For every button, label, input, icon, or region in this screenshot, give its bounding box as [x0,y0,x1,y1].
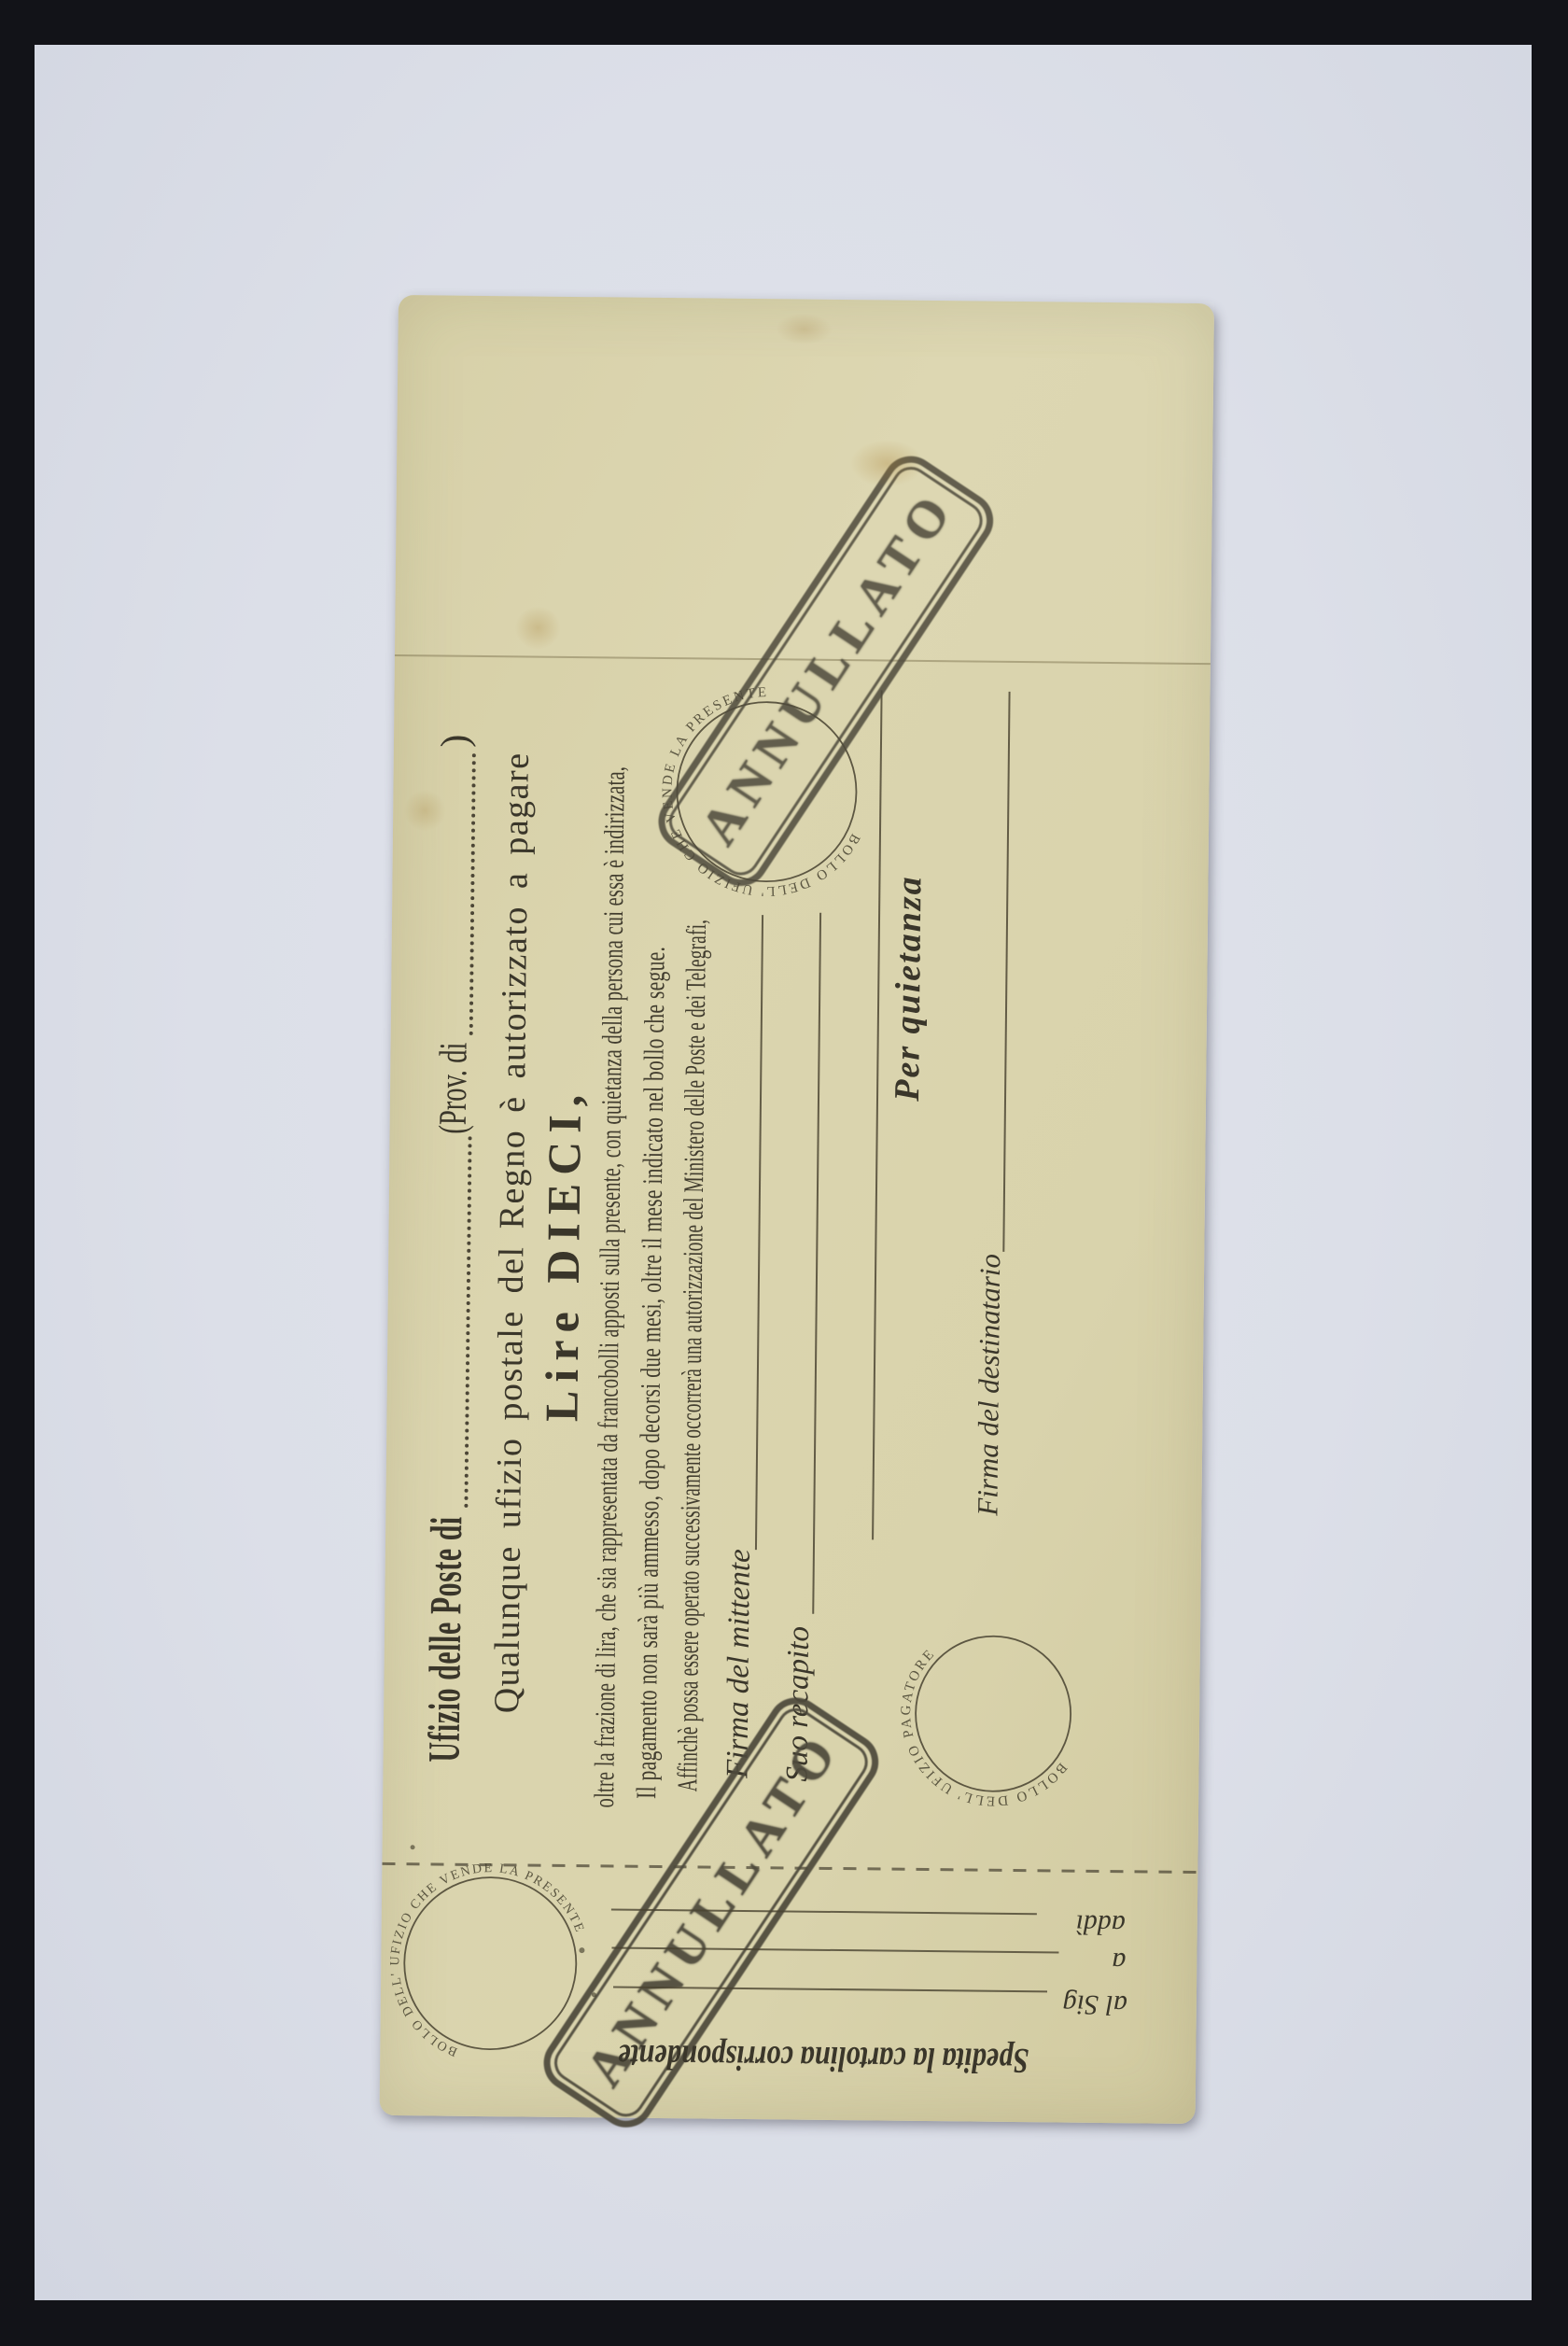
recipient-signature-label: Firma del destinatario [971,1254,1007,1516]
stub-date-line [611,1908,1037,1915]
stub-at-line [611,1946,1058,1953]
stub-to-label: al Sig [1063,1988,1128,2021]
ink-speck [579,1947,584,1953]
sender-signature-line [755,915,763,1550]
photo-background-mat: Ufizio delle Poste di (Prov. di ) Qualun… [35,45,1532,2300]
amount-line: Lire DIECI, [534,1086,592,1422]
stub-at-label: a [1112,1946,1126,1977]
stub-to-line [613,1987,1047,1993]
ink-speck [411,1845,415,1849]
receipt-label: Per quietanza [887,875,931,1102]
dotted-leader [469,753,476,1035]
sender-address-line [812,913,821,1614]
stub-heading: Spedita la cartolina corrispondente [515,2034,1029,2081]
stamp-circle-icon [915,1636,1071,1792]
ink-speck [592,1992,596,1997]
detachable-stub: Spedita la cartolina corrispondente al S… [380,1862,1198,2124]
province-close-paren: ) [433,734,478,748]
stub-content-flipped: Spedita la cartolina corrispondente al S… [380,1862,1198,2124]
office-of-posts-text: Ufizio delle Poste di [419,1516,473,1763]
recipient-signature-line [1002,692,1010,1252]
svg-text:BOLLO DELL' UFIZIO PAGATORE: BOLLO DELL' UFIZIO PAGATORE [898,1646,1071,1809]
authorization-line: Qualunque ufizio postale del Regno è aut… [486,752,538,1713]
postal-form-card: Ufizio delle Poste di (Prov. di ) Qualun… [380,295,1214,2124]
framed-photo: { "photo": { "frame_color": "#121318", "… [0,0,1568,2346]
form-content-rotated: Ufizio delle Poste di (Prov. di ) Qualun… [380,295,1214,2124]
paying-office-round-stamp: BOLLO DELL' UFIZIO PAGATORE [885,1606,1101,1822]
paying-office-stamp-caption: BOLLO DELL' UFIZIO PAGATORE [898,1646,1071,1809]
stub-date-label: addì [1075,1908,1126,1941]
